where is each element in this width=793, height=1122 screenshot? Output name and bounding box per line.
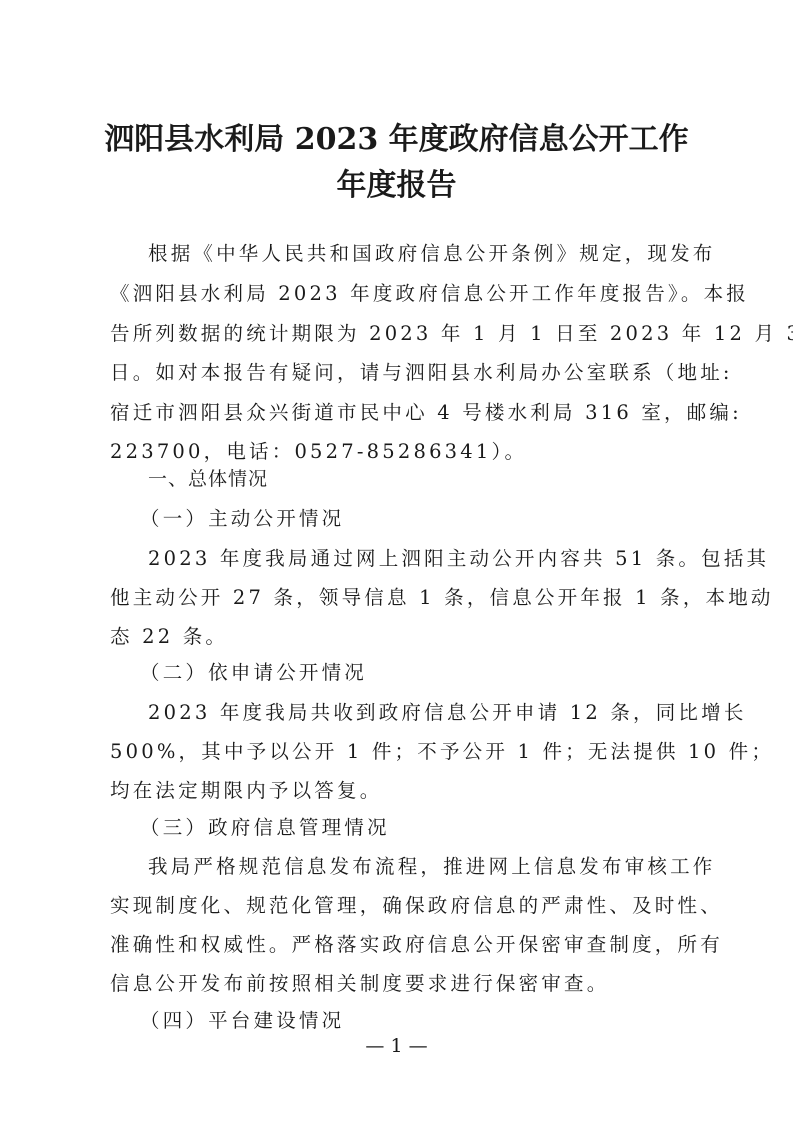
paragraph-line: 我局严格规范信息发布流程，推进网上信息发布审核工作 bbox=[148, 851, 728, 879]
intro-line: 告所列数据的统计期限为 2023 年 1 月 1 日至 2023 年 12 月 … bbox=[110, 318, 690, 346]
document-title-line2: 年度报告 bbox=[0, 160, 793, 204]
section-heading-overview: 一、总体情况 bbox=[148, 464, 728, 491]
paragraph-line: 态 22 条。 bbox=[110, 621, 690, 649]
intro-line: 223700，电话：0527-85286341）。 bbox=[110, 436, 690, 464]
paragraph-line: 2023 年度我局共收到政府信息公开申请 12 条，同比增长 bbox=[148, 697, 728, 725]
paragraph-line: 2023 年度我局通过网上泗阳主动公开内容共 51 条。包括其 bbox=[148, 543, 728, 571]
subsection-heading-management: （三）政府信息管理情况 bbox=[140, 812, 720, 840]
subsection-heading-proactive: （一）主动公开情况 bbox=[140, 503, 720, 531]
paragraph-line: 准确性和权威性。严格落实政府信息公开保密审查制度，所有 bbox=[110, 929, 690, 957]
document-title-line1: 泗阳县水利局 2023 年度政府信息公开工作 bbox=[0, 114, 793, 158]
paragraph-line: 500%，其中予以公开 1 件；不予公开 1 件；无法提供 10 件； bbox=[110, 736, 690, 764]
intro-line: 《泗阳县水利局 2023 年度政府信息公开工作年度报告》。本报 bbox=[110, 278, 690, 306]
paragraph-line: 信息公开发布前按照相关制度要求进行保密审查。 bbox=[110, 968, 690, 996]
paragraph-line: 实现制度化、规范化管理，确保政府信息的严肃性、及时性、 bbox=[110, 890, 690, 918]
subsection-heading-application: （二）依申请公开情况 bbox=[140, 657, 720, 685]
intro-line: 根据《中华人民共和国政府信息公开条例》规定，现发布 bbox=[148, 238, 728, 266]
paragraph-line: 他主动公开 27 条，领导信息 1 条，信息公开年报 1 条，本地动 bbox=[110, 582, 690, 610]
subsection-heading-platform: （四）平台建设情况 bbox=[140, 1005, 720, 1033]
intro-line: 宿迁市泗阳县众兴街道市民中心 4 号楼水利局 316 室，邮编: bbox=[110, 397, 690, 425]
paragraph-line: 均在法定期限内予以答复。 bbox=[110, 775, 690, 803]
intro-line: 日。如对本报告有疑问，请与泗阳县水利局办公室联系（地址: bbox=[110, 357, 690, 385]
page-number: — 1 — bbox=[0, 1035, 793, 1057]
